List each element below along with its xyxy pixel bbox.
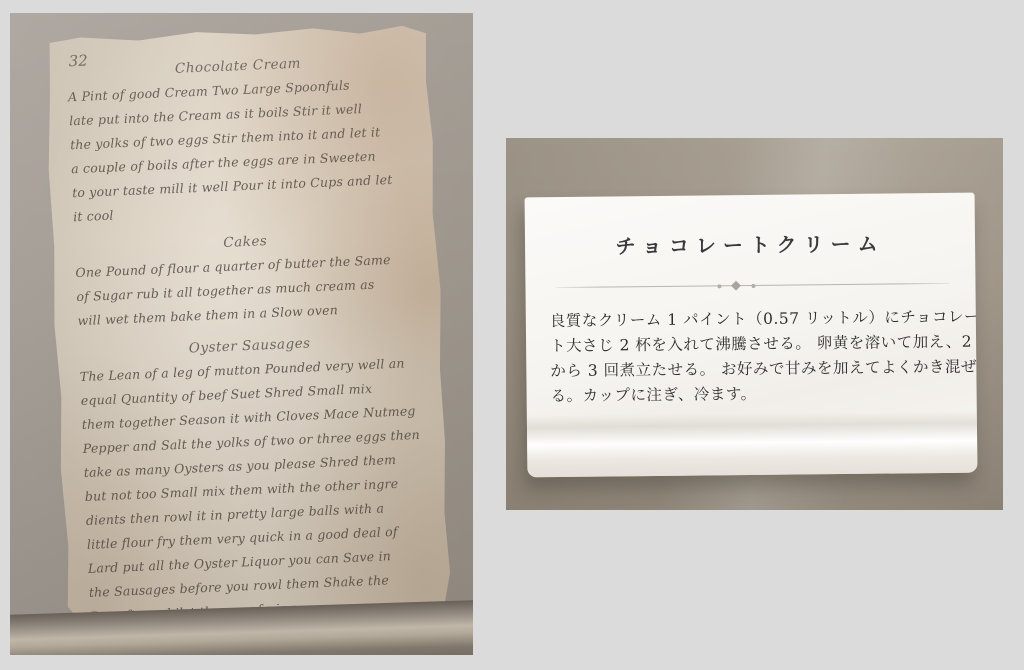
recipe-section-oyster-sausages: Oyster Sausages The Lean of a leg of mut… (78, 328, 432, 629)
card-body-line: から 3 回煮立たせる。 お好みで甘みを加えてよくかき混ぜ (550, 355, 958, 384)
card-body: 良質なクリーム 1 パイント（0.57 リットル）にチョコレー ト大さじ 2 杯… (550, 305, 959, 409)
exhibit-label-card: チョコレートクリーム 良質なクリーム 1 パイント（0.57 リットル）にチョコ… (525, 193, 978, 478)
card-body-line: る。カップに注ぎ、冷ます。 (551, 380, 959, 409)
recipe-section-cakes: Cakes One Pound of flour a quarter of bu… (74, 224, 420, 333)
manuscript-photo: 32 Chocolate Cream A Pint of good Cream … (10, 13, 473, 655)
collage-canvas: 32 Chocolate Cream A Pint of good Cream … (0, 0, 1024, 670)
dot-ornament (752, 283, 756, 287)
divider-ornament (555, 283, 949, 288)
recipe-section-chocolate-cream: Chocolate Cream A Pint of good Cream Two… (67, 48, 416, 229)
manuscript-page: 32 Chocolate Cream A Pint of good Cream … (42, 21, 455, 637)
card-title: チョコレートクリーム (525, 227, 975, 261)
label-card-photo: チョコレートクリーム 良質なクリーム 1 パイント（0.57 リットル）にチョコ… (506, 138, 1003, 510)
dot-ornament (718, 284, 722, 288)
diamond-ornament (731, 280, 741, 290)
